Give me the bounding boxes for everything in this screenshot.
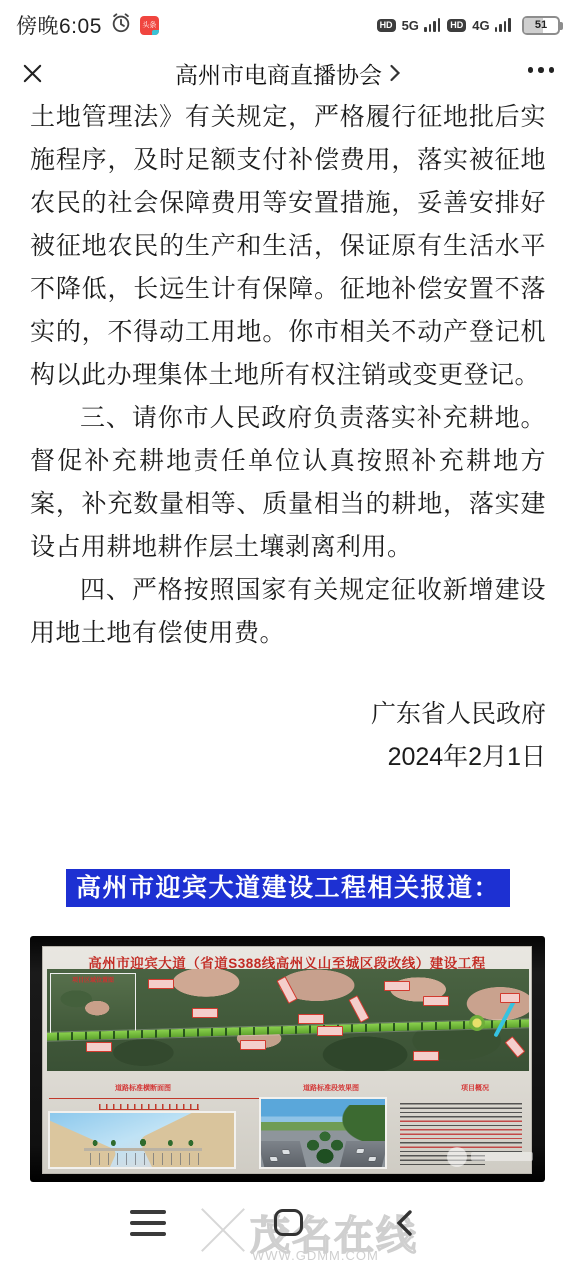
toutiao-app-badge: 头条 (140, 16, 159, 35)
chat-title-label: 高州市电商直播协会 (175, 57, 382, 90)
more-button[interactable] (528, 67, 555, 73)
carriageway-right (340, 1141, 387, 1167)
home-button[interactable] (274, 1209, 303, 1236)
signature: 广东省人民政府 (30, 693, 546, 736)
chat-title[interactable]: 高州市电商直播协会 (70, 50, 506, 96)
hd-voice-icon: HD (377, 19, 396, 32)
dimension-ticks (99, 1104, 199, 1110)
notes-lines (400, 1103, 522, 1113)
map-label-chip (298, 1014, 324, 1024)
signal-bars-icon-2 (495, 18, 511, 32)
map-label-chip (384, 981, 410, 991)
status-right-group: HD 5G HD 4G 51 (377, 16, 560, 35)
notes-lines (400, 1116, 522, 1126)
battery-percent: 51 (535, 19, 547, 31)
status-left-group: 傍晚6:05 头条 (16, 10, 159, 40)
map-label-chip (86, 1042, 112, 1052)
alarm-icon (110, 12, 132, 39)
notes-lines (400, 1129, 522, 1139)
paragraph-item-3: 三、请你市人民政府负责落实补充耕地。督促补充耕地责任单位认真按照补充耕地方案，补… (30, 397, 546, 569)
status-time: 傍晚6:05 (16, 10, 102, 40)
satellite-map: 项目区域位置图 (47, 969, 529, 1071)
interchange-mark (469, 1015, 485, 1031)
plan-photo[interactable]: 高州市迎宾大道（省道S388线高州义山至城区段改线）建设工程 项目区域位置图 (30, 936, 545, 1182)
map-label-chip (240, 1040, 266, 1050)
menu-icon (130, 1232, 166, 1236)
map-label-chip (148, 979, 174, 989)
road-deck (84, 1148, 202, 1151)
network-type-5g: 5G (402, 18, 419, 33)
notes-label: 项目概况 (461, 1083, 489, 1093)
map-label-chip (348, 995, 369, 1023)
section-annotations (90, 1153, 200, 1165)
highlight-heading-row: 高州市迎宾大道建设工程相关报道： (0, 869, 576, 907)
rendering-label: 道路标准段效果图 (303, 1083, 359, 1093)
dot-icon (528, 67, 534, 73)
section-trees (86, 1138, 200, 1148)
cross-section-label: 道路标准横断面图 (115, 1083, 171, 1093)
dot-icon (538, 67, 544, 73)
site-watermark-url: WWW.GDMM.COM (252, 1248, 379, 1263)
hd-voice-icon-2: HD (447, 19, 466, 32)
map-label-chip (413, 1051, 439, 1061)
paragraph-clipped: 土地管理法》有关规定，严格履行征地批后实施程序，及时足额支付补偿费用，落实被征地… (30, 96, 546, 397)
map-label-chip (500, 993, 520, 1003)
plan-board: 高州市迎宾大道（省道S388线高州义山至城区段改线）建设工程 项目区域位置图 (42, 946, 532, 1174)
dimension-line (49, 1098, 293, 1099)
carriageway-left (259, 1141, 306, 1167)
close-icon (21, 62, 44, 85)
paragraph-item-4: 四、严格按照国家有关规定征收新增建设用地土地有偿使用费。 (30, 569, 546, 655)
bottom-nav-area: 茂名在线 WWW.GDMM.COM (0, 1182, 576, 1280)
article-body: 土地管理法》有关规定，严格履行征地批后实施程序，及时足额支付补偿费用，落实被征地… (0, 96, 576, 866)
signal-bars-icon (424, 18, 440, 32)
map-label-chip (423, 996, 449, 1006)
map-label-chip (276, 976, 297, 1004)
cross-section-diagram (48, 1111, 236, 1169)
river-mark (493, 999, 516, 1038)
menu-icon (130, 1210, 166, 1214)
close-button[interactable] (18, 59, 46, 87)
network-type-4g: 4G (472, 18, 489, 33)
status-bar: 傍晚6:05 头条 HD 5G HD 4G 51 (0, 0, 576, 50)
back-button[interactable] (392, 1208, 416, 1238)
map-label-chip (505, 1037, 526, 1059)
dot-icon (549, 67, 555, 73)
battery-icon: 51 (522, 16, 560, 35)
nav-bar: 高州市电商直播协会 (0, 50, 576, 96)
map-label-chip (317, 1026, 343, 1036)
inset-location-map: 项目区域位置图 (50, 973, 136, 1037)
inset-map-label: 项目区域位置图 (51, 975, 135, 984)
screen: 傍晚6:05 头条 HD 5G HD 4G 51 (0, 0, 576, 1280)
back-chevron-icon (392, 1208, 416, 1238)
watermark-stamp (447, 1147, 467, 1167)
chevron-right-icon (388, 63, 401, 83)
map-label-chip (192, 1008, 218, 1018)
site-watermark-logo (196, 1202, 252, 1258)
document-date: 2024年2月1日 (30, 736, 546, 779)
menu-button[interactable] (130, 1210, 166, 1236)
menu-icon (130, 1221, 166, 1225)
street-rendering (259, 1097, 387, 1169)
highlight-heading: 高州市迎宾大道建设工程相关报道： (66, 869, 510, 907)
